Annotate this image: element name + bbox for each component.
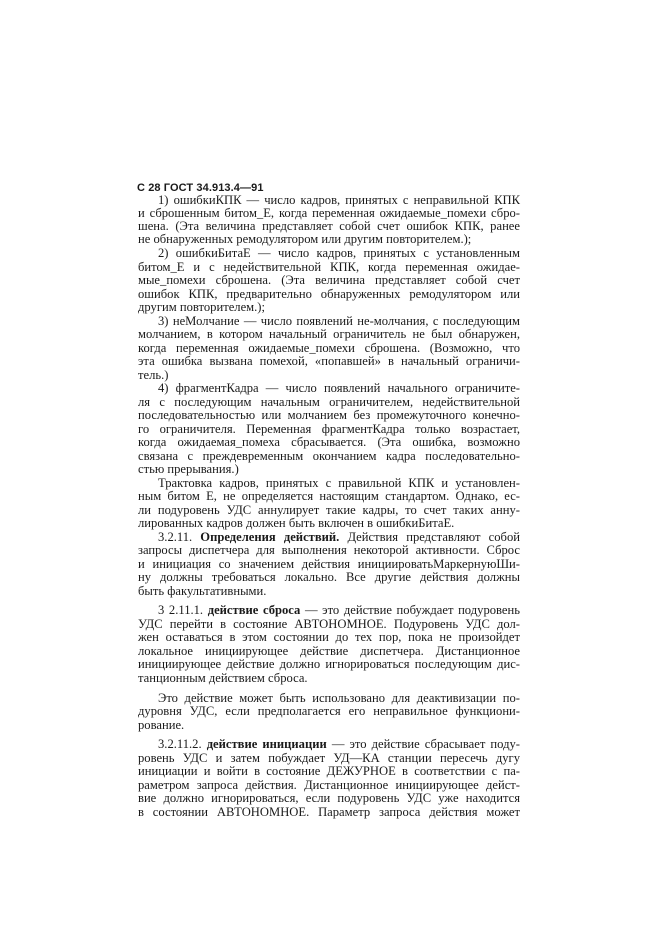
- text-line: 4) фрагментКадра — число появлений начал…: [158, 382, 520, 395]
- section-line-3-2-11-2: 3.2.11.2. действие инициации — это дейст…: [158, 738, 520, 751]
- document-page: С 28 ГОСТ 34.913.4—91 1) ошибкиКПК — чис…: [0, 0, 661, 935]
- term-heading: Определения действий.: [200, 530, 339, 544]
- text-line: не обнаруженных ремодулятором или другим…: [138, 233, 520, 246]
- text-line: лированных кадров должен быть включен в …: [138, 517, 520, 530]
- section-line-3-2-11-1: инициирующее действие должно игнорироват…: [138, 658, 520, 671]
- section-line-note: дуровня УДС, если предполагается его неп…: [138, 705, 520, 718]
- section-line-3-2-11-1: 3 2.11.1. действие сброса — это действие…: [158, 604, 520, 617]
- text-line: когда ожидаемая_помеха сбрасывается. (Эт…: [138, 436, 520, 449]
- section-line-note: рование.: [138, 719, 520, 732]
- text-line: эта ошибка вызвана помехой, «попавшей» в…: [138, 355, 520, 368]
- section-line-3-2-11: быть факультативными.: [138, 585, 520, 598]
- section-line-3-2-11-2: в состоянии АВТОНОМНОЕ. Параметр запроса…: [138, 806, 520, 819]
- text-line: последовательностью или молчанием без пр…: [138, 409, 520, 422]
- term-heading: действие инициации: [207, 737, 327, 751]
- section-line-3-2-11: ну должны требоваться локально. Все друг…: [138, 571, 520, 584]
- section-line-3-2-11-2: инициации и войти в состояние ДЕЖУРНОЕ в…: [138, 765, 520, 778]
- section-line-3-2-11-1: жен оставаться в этом состоянии до тех п…: [138, 631, 520, 644]
- text-line: стью прерывания.): [138, 463, 520, 476]
- text-line: другим повторителем.);: [138, 301, 520, 314]
- text-line: мые_помехи сброшена. (Эта величина предс…: [138, 274, 520, 287]
- text-line: 2) ошибкиБитаЕ — число кадров, принятых …: [158, 247, 520, 260]
- section-line-3-2-11: запросы диспетчера для выполнения некото…: [138, 544, 520, 557]
- section-line-3-2-11-1: танционным действием сброса.: [138, 672, 520, 685]
- term-heading: действие сброса: [208, 603, 301, 617]
- section-line-3-2-11-2: вие должно игнорироваться, если подурове…: [138, 792, 520, 805]
- text-line: ным битом Е, не определяется настоящим с…: [138, 490, 520, 503]
- text-line: молчанием, в котором начальный ограничит…: [138, 328, 520, 341]
